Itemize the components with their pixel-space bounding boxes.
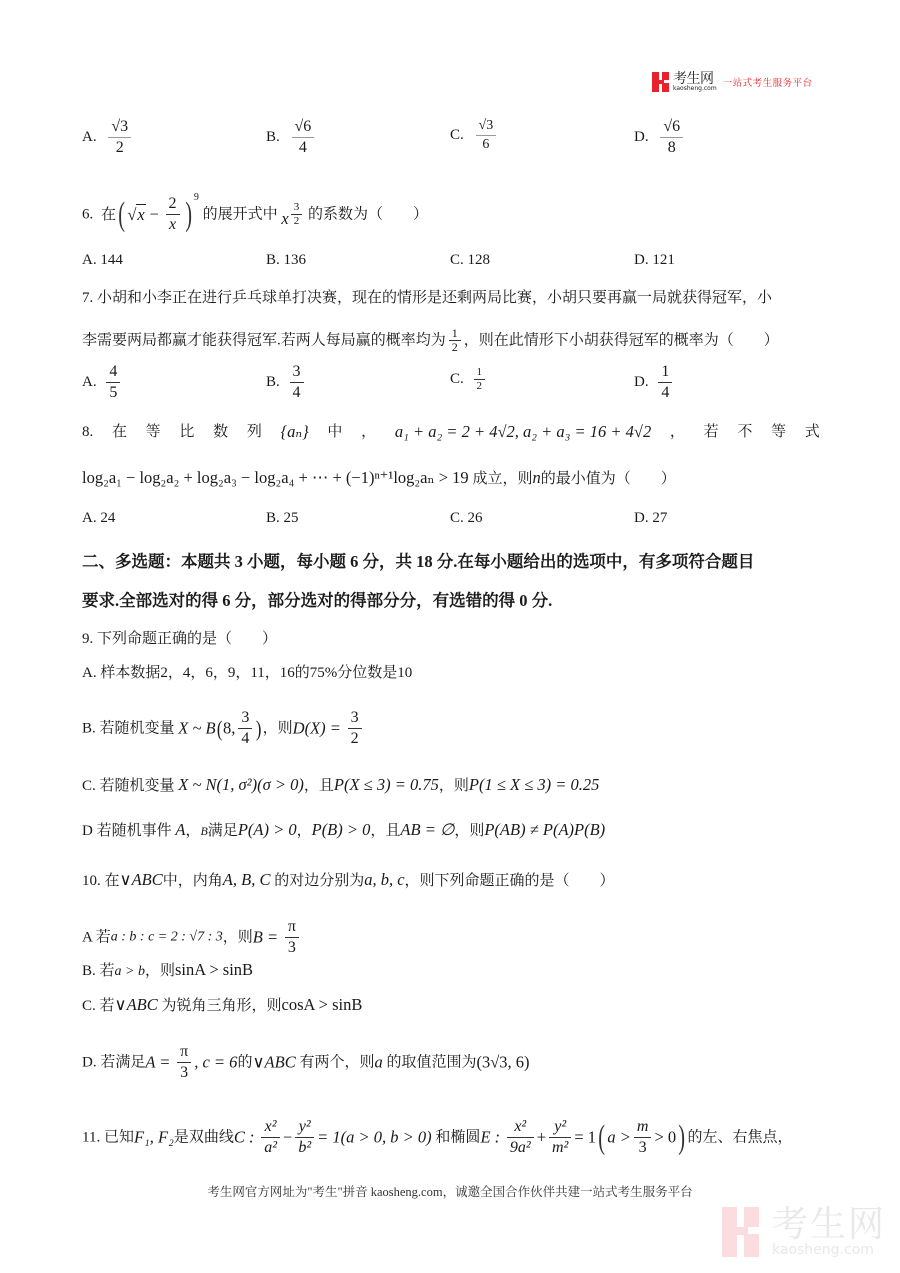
- numerator: √6: [292, 117, 315, 137]
- q8-option-d: D. 27: [634, 510, 667, 527]
- text: 的系数为（ ）: [308, 207, 428, 223]
- numerator: 1: [474, 366, 486, 379]
- option-label: D.: [634, 374, 649, 390]
- q10-option-a: A 若a : b : c = 2 : √7 : 3，则B = π3: [82, 917, 302, 958]
- fraction: 12: [474, 366, 486, 393]
- numerator: 4: [106, 362, 120, 382]
- option-label: C.: [450, 371, 464, 387]
- math: = 1: [574, 1128, 596, 1147]
- inequality: log₂a₁ − log₂a₂ + log₂a₃ − log₂a₄ + ⋯ + …: [82, 468, 469, 487]
- logo-text: 考生网: [673, 72, 717, 86]
- var: A: [175, 820, 185, 839]
- kaosheng-logo-icon: [652, 72, 670, 92]
- math: 8,: [223, 719, 235, 738]
- denominator: 2: [348, 729, 362, 749]
- text: 为锐角三角形，则: [162, 998, 282, 1014]
- math: A, B, C: [223, 870, 271, 889]
- math: = 1(a > 0, b > 0): [317, 1128, 432, 1147]
- var: x: [281, 209, 288, 229]
- numerator: 3: [238, 708, 252, 728]
- fraction: 45: [106, 362, 120, 403]
- text: ，: [670, 422, 685, 442]
- math: sinA > sinB: [175, 960, 253, 979]
- fraction: √6 8: [660, 117, 683, 158]
- denominator: 4: [296, 138, 310, 158]
- text: C. 若随机变量: [82, 778, 175, 794]
- fraction: 1 2: [449, 327, 461, 354]
- text: ，: [361, 422, 376, 442]
- fraction: 3 2: [291, 201, 303, 228]
- var: B: [200, 824, 207, 838]
- denominator: a²: [261, 1138, 280, 1158]
- text: 的左、右焦点，: [687, 1130, 792, 1146]
- math: a : b : c = 2 : √7 : 3: [111, 930, 223, 945]
- text: 比: [179, 422, 194, 442]
- text: 在: [101, 207, 116, 223]
- q8-option-c: C. 26: [450, 510, 483, 527]
- q10-option-d: D. 若满足A = π3, c = 6的∨ABC 有两个，则a 的取值范围为(3…: [82, 1042, 530, 1083]
- fraction: 34: [238, 708, 252, 749]
- denominator: 5: [106, 383, 120, 403]
- text: 的取值范围为: [386, 1055, 476, 1071]
- numerator: √3: [476, 117, 497, 135]
- operator: −: [149, 205, 158, 224]
- fraction: 2 x: [166, 194, 180, 235]
- text: ，则: [223, 930, 253, 946]
- q7-option-d: D. 14: [634, 362, 675, 403]
- question-number: 6.: [82, 207, 93, 223]
- math: P(AB) ≠ P(A)P(B): [484, 820, 605, 839]
- q8-option-b: B. 25: [266, 510, 299, 527]
- q7-option-b: B. 34: [266, 362, 307, 403]
- numerator: 3: [348, 708, 362, 728]
- numerator: 1: [658, 362, 672, 382]
- text: 列: [247, 422, 262, 442]
- q8-line-2: log₂a₁ − log₂a₂ + log₂a₃ − log₂a₄ + ⋯ + …: [82, 468, 676, 489]
- text: 成立，则: [472, 471, 532, 487]
- q6-stem: 6. 在(√x − 2 x )9 的展开式中 x 3 2 的系数为（ ）: [82, 188, 428, 235]
- q11-stem: 11. 已知F₁, F₂是双曲线C : x²a²−y²b²= 1(a > 0, …: [82, 1117, 792, 1158]
- text: ，则: [454, 823, 484, 839]
- var: x: [169, 216, 176, 233]
- math: , c = 6: [194, 1053, 237, 1072]
- fraction: y²b²: [295, 1117, 314, 1158]
- denominator: 3: [285, 938, 299, 958]
- fraction: √3 6: [476, 117, 497, 154]
- text: B. 若: [82, 963, 115, 979]
- text: 等: [771, 422, 786, 442]
- text: 的: [237, 1055, 252, 1071]
- section-2-heading-line-2: 要求.全部选对的得 6 分，部分选对的得部分分，有选错的得 0 分.: [82, 591, 552, 611]
- option-label: C.: [450, 127, 464, 143]
- fraction: 34: [290, 362, 304, 403]
- numerator: π: [285, 917, 299, 937]
- text: ，且: [370, 823, 400, 839]
- text: 李需要两局都赢才能获得冠军.若两人每局赢的概率均为: [82, 333, 446, 349]
- text: ，: [185, 823, 200, 839]
- math: a > b: [115, 964, 145, 979]
- text: 中，内角: [163, 873, 223, 889]
- header-logo: 考生网 kaosheng.com 一站式考生服务平台: [652, 72, 813, 92]
- math: A =: [145, 1053, 170, 1072]
- text: 的对边分别为: [274, 873, 364, 889]
- fraction: 14: [658, 362, 672, 403]
- math: a >: [607, 1128, 631, 1147]
- numerator: x²: [262, 1117, 280, 1137]
- math: E :: [480, 1128, 500, 1147]
- text: ，: [297, 823, 312, 839]
- text: 10. 在: [82, 873, 120, 889]
- q9-option-d: D 若随机事件 A，B满足P(A) > 0，P(B) > 0，且AB = ∅，则…: [82, 820, 605, 841]
- math: C :: [234, 1128, 255, 1147]
- header-tagline: 一站式考生服务平台: [723, 75, 813, 89]
- math: > 0: [654, 1128, 676, 1147]
- math: P(1 ≤ X ≤ 3) = 0.25: [469, 775, 600, 794]
- denominator: 2: [474, 380, 486, 393]
- text: 有两个，则: [299, 1055, 374, 1071]
- fraction: √6 4: [292, 117, 315, 158]
- triangle: ∨ABC: [252, 1053, 295, 1072]
- numerator: y²: [296, 1117, 314, 1137]
- text: D 若随机事件: [82, 823, 172, 839]
- q9-stem: 9. 下列命题正确的是（ ）: [82, 629, 277, 649]
- fraction: x²a²: [261, 1117, 280, 1158]
- numerator: √3: [108, 117, 131, 137]
- text: ，则在此情形下小胡获得冠军的概率为（ ）: [464, 333, 779, 349]
- text: ，则: [263, 721, 293, 737]
- kaosheng-watermark-icon: [722, 1207, 762, 1257]
- logo-domain: kaosheng.com: [673, 86, 717, 92]
- math: AB = ∅: [400, 820, 454, 839]
- text: ，且: [304, 778, 334, 794]
- q5-option-a: A. √3 2: [82, 117, 134, 158]
- text: 和椭圆: [435, 1130, 480, 1146]
- math: cosA > sinB: [282, 995, 363, 1014]
- denominator: 8: [665, 138, 679, 158]
- option-label: A.: [82, 374, 97, 390]
- text: 满足: [208, 823, 238, 839]
- watermark-domain: kaosheng.com: [772, 1243, 886, 1257]
- numerator: √6: [660, 117, 683, 137]
- numerator: 3: [290, 362, 304, 382]
- q10-option-c: C. 若∨ABC 为锐角三角形，则cosA > sinB: [82, 995, 362, 1016]
- math: P(B) > 0: [312, 820, 371, 839]
- q6-option-c: C. 128: [450, 252, 490, 269]
- numerator: π: [177, 1042, 191, 1062]
- denominator: 3: [636, 1138, 650, 1158]
- triangle: ∨ABC: [115, 995, 158, 1014]
- q9-option-a: A. 样本数据2，4，6，9，11，16的75%分位数是10: [82, 663, 412, 683]
- text: 的展开式中: [203, 207, 278, 223]
- text: C. 若: [82, 998, 115, 1014]
- q8-option-a: A. 24: [82, 510, 115, 527]
- fraction: π3: [177, 1042, 191, 1083]
- text: A 若: [82, 930, 111, 946]
- denominator: x: [166, 215, 179, 235]
- text: 11. 已知: [82, 1130, 134, 1146]
- question-number: 8.: [82, 422, 93, 442]
- math: a, b, c: [364, 870, 404, 889]
- q9-option-b: B. 若随机变量 X ~ B(8,34)，则D(X) = 32: [82, 708, 365, 749]
- sequence-notation: {aₙ}: [281, 422, 309, 442]
- math: F₁, F₂: [134, 1128, 174, 1147]
- q7-line-2: 李需要两局都赢才能获得冠军.若两人每局赢的概率均为 1 2 ，则在此情形下小胡获…: [82, 327, 779, 354]
- q5-option-b: B. √6 4: [266, 117, 317, 158]
- q7-option-c: C. 12: [450, 366, 488, 393]
- text: ，则: [439, 778, 469, 794]
- q9-option-c: C. 若随机变量 X ~ N(1, σ²)(σ > 0)，且P(X ≤ 3) =…: [82, 775, 599, 796]
- denominator: 3: [177, 1063, 191, 1083]
- text: 等: [146, 422, 161, 442]
- fraction: 32: [348, 708, 362, 749]
- text: 不: [737, 422, 752, 442]
- numerator: x²: [511, 1117, 529, 1137]
- numerator: m: [634, 1117, 652, 1137]
- text: 在: [112, 422, 127, 442]
- text: 中: [327, 422, 342, 442]
- math: B =: [253, 928, 278, 947]
- power-expr: x 3 2: [281, 201, 304, 229]
- denominator: m²: [549, 1138, 571, 1158]
- equation: a₁ + a₂ = 2 + 4√2, a₂ + a₃ = 16 + 4√2: [395, 422, 651, 442]
- q5-option-d: D. √6 8: [634, 117, 686, 158]
- option-label: B.: [266, 129, 280, 145]
- denominator: 6: [479, 136, 492, 154]
- q8-line-1: 8. 在 等 比 数 列 {aₙ} 中 ， a₁ + a₂ = 2 + 4√2,…: [82, 422, 820, 442]
- math: (3√3, 6): [476, 1053, 529, 1072]
- fraction: √3 2: [108, 117, 131, 158]
- text: 是双曲线: [174, 1130, 234, 1146]
- q10-stem: 10. 在∨ABC中，内角A, B, C 的对边分别为a, b, c，则下列命题…: [82, 870, 615, 891]
- denominator: 2: [449, 341, 461, 354]
- denominator: 2: [291, 215, 303, 228]
- numerator: y²: [551, 1117, 569, 1137]
- operator: −: [283, 1128, 292, 1147]
- fraction: x²9a²: [507, 1117, 534, 1158]
- numerator: 2: [166, 194, 180, 214]
- math: P(A) > 0: [238, 820, 297, 839]
- numerator: 1: [449, 327, 461, 340]
- math: P(X ≤ 3) = 0.75: [334, 775, 439, 794]
- fraction: y²m²: [549, 1117, 571, 1158]
- math: X ~ N(1, σ²)(σ > 0): [178, 775, 304, 794]
- watermark-text: 考生网: [772, 1207, 886, 1243]
- q7-line-1: 7. 小胡和小李正在进行乒乓球单打决赛，现在的情形是还剩两局比赛，小胡只要再赢一…: [82, 288, 772, 308]
- text: 式: [805, 422, 820, 442]
- text: B. 若随机变量: [82, 721, 175, 737]
- option-label: B.: [266, 374, 280, 390]
- fraction: π3: [285, 917, 299, 958]
- paren-close: ): [185, 205, 192, 225]
- footer-watermark: 考生网 kaosheng.com: [722, 1207, 886, 1257]
- text: D. 若满足: [82, 1055, 145, 1071]
- text: 若: [704, 422, 719, 442]
- page-footer: 考生网官方网址为"考生"拼音 kaosheng.com，诚邀全国合作伙伴共建一站…: [0, 1182, 900, 1200]
- text: ，则: [145, 963, 175, 979]
- var: x: [137, 205, 144, 224]
- option-label: A.: [82, 129, 97, 145]
- denominator: b²: [295, 1138, 314, 1158]
- operator: +: [537, 1128, 546, 1147]
- paren-open: (: [118, 205, 125, 225]
- math: D(X) =: [293, 719, 341, 738]
- text: 的最小值为（ ）: [541, 471, 676, 487]
- var: n: [532, 468, 540, 487]
- triangle: ∨ABC: [120, 870, 163, 889]
- denominator: 9a²: [507, 1138, 534, 1158]
- exponent: 9: [194, 192, 199, 203]
- q6-option-d: D. 121: [634, 252, 675, 269]
- denominator: 4: [658, 383, 672, 403]
- denominator: 2: [113, 138, 127, 158]
- numerator: 3: [291, 201, 303, 214]
- option-label: D.: [634, 129, 649, 145]
- var: a: [374, 1053, 382, 1072]
- text: 数: [213, 422, 228, 442]
- section-2-heading-line-1: 二、多选题：本题共 3 小题，每小题 6 分，共 18 分.在每小题给出的选项中…: [82, 552, 754, 572]
- sqrt-expr: √x: [127, 205, 145, 224]
- fraction: m3: [634, 1117, 652, 1158]
- q6-option-a: A. 144: [82, 252, 123, 269]
- denominator: 4: [238, 729, 252, 749]
- q7-option-a: A. 45: [82, 362, 123, 403]
- q6-option-b: B. 136: [266, 252, 306, 269]
- q5-option-c: C. √3 6: [450, 117, 499, 154]
- text: ，则下列命题正确的是（ ）: [405, 873, 615, 889]
- denominator: 4: [290, 383, 304, 403]
- q10-option-b: B. 若a > b，则sinA > sinB: [82, 960, 253, 982]
- math: X ~ B: [178, 719, 215, 738]
